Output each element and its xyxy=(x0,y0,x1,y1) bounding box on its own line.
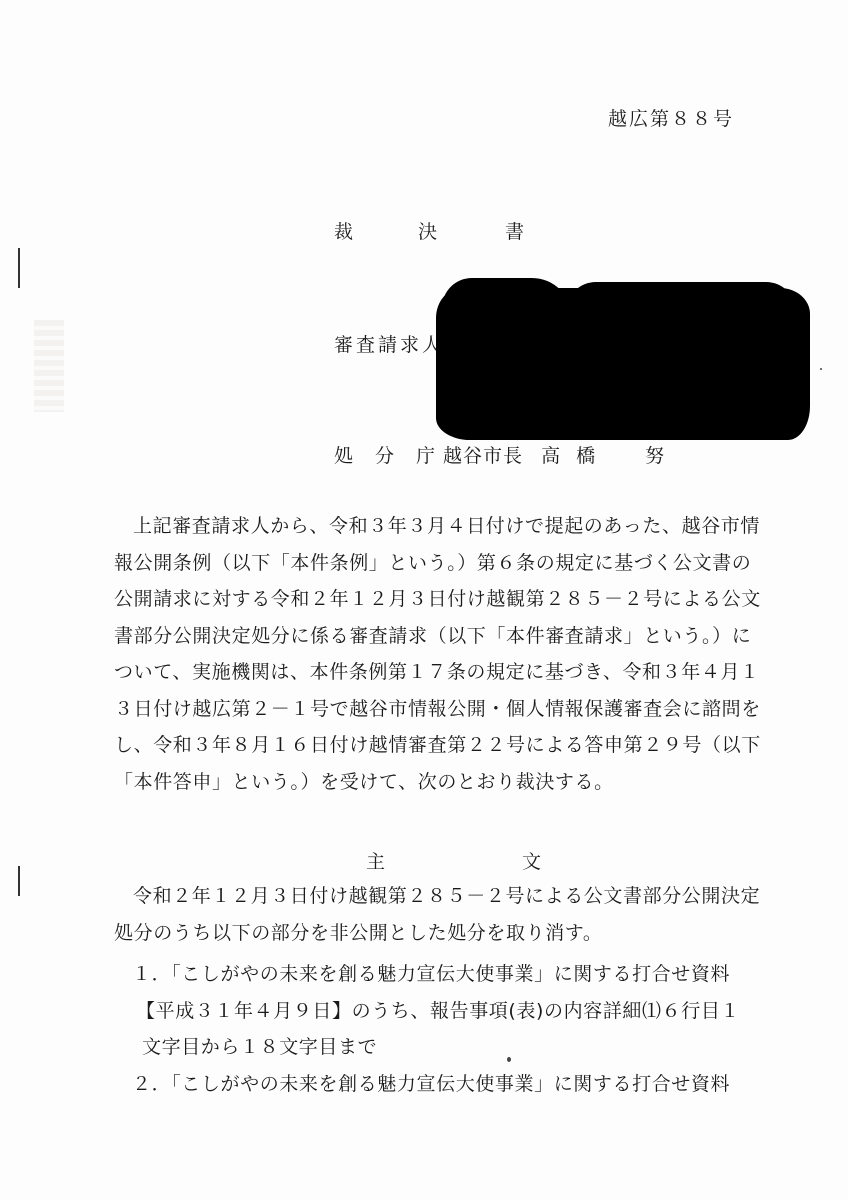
redaction-block xyxy=(436,288,810,440)
authority-label-char: 処 xyxy=(334,441,353,468)
list-item-2-line: ２．「こしがやの未来を創る魅力宣伝大使事業」に関する打合せ資料 xyxy=(132,1066,752,1103)
document-number: 越広第８８号 xyxy=(608,104,734,131)
body-line: 報公開条例（以下「本件条例」という。）第６条の規定に基づく公文書の xyxy=(114,545,744,582)
body-line: 公開請求に対する令和２年１２月３日付け越観第２８５－２号による公文 xyxy=(114,581,744,618)
ruling-items-list: １．「こしがやの未来を創る魅力宣伝大使事業」に関する打合せ資料 【平成３１年４月… xyxy=(132,956,752,1102)
authority-office: 越谷市長 xyxy=(443,441,523,468)
document-title: 裁決書 xyxy=(334,217,526,244)
authority-name-char: 高 xyxy=(541,441,560,468)
faded-stamp-mark xyxy=(34,320,64,412)
authority-label-char: 分 xyxy=(375,441,394,468)
heading-char: 文 xyxy=(522,847,541,874)
body-line: し、令和３年８月１６日付け越情審査第２２号による答申第２９号（以下 xyxy=(114,727,744,764)
authority-label-char: 庁 xyxy=(416,441,435,468)
list-item-1-line: 文字目から１８文字目まで xyxy=(132,1029,752,1066)
body-line: 書部分公開決定処分に係る審査請求（以下「本件審査請求」という。）に xyxy=(114,618,744,655)
scan-speck xyxy=(820,368,822,370)
ruling-paragraph: 令和２年１２月３日付け越観第２８５－２号による公文書部分公開決定 処分のうち以下… xyxy=(114,878,744,951)
title-char: 裁 xyxy=(334,217,355,244)
body-line: ついて、実施機関は、本件条例第１７条の規定に基づき、令和３年４月１ xyxy=(114,654,744,691)
authority-name-char: 努 xyxy=(645,441,664,468)
scan-edge-mark xyxy=(18,866,20,896)
authority-name-char: 橋 xyxy=(576,441,595,468)
scan-edge-mark xyxy=(18,248,20,288)
title-char: 決 xyxy=(418,217,439,244)
requester-label: 審査請求人 xyxy=(334,330,444,357)
main-text-heading: 主文 xyxy=(366,847,541,874)
ruling-line: 処分のうち以下の部分を非公開とした処分を取り消す。 xyxy=(114,915,744,952)
title-char: 書 xyxy=(505,217,526,244)
scanned-document-page: 越広第８８号 裁決書 審査請求人 処分庁越谷市長高橋努 上記審査請求人から、令和… xyxy=(0,0,848,1200)
heading-char: 主 xyxy=(366,847,385,874)
list-item-1-line: １．「こしがやの未来を創る魅力宣伝大使事業」に関する打合せ資料 xyxy=(132,956,752,993)
body-line: 上記審査請求人から、令和３年３月４日付けで提起のあった、越谷市情 xyxy=(114,508,744,545)
body-paragraph: 上記審査請求人から、令和３年３月４日付けで提起のあった、越谷市情 報公開条例（以… xyxy=(114,508,744,800)
body-line: 「本件答申」という。）を受けて、次のとおり裁決する。 xyxy=(114,764,744,801)
disposition-authority: 処分庁越谷市長高橋努 xyxy=(334,441,664,468)
body-line: ３日付け越広第２－１号で越谷市情報公開・個人情報保護審査会に諮問を xyxy=(114,691,744,728)
ruling-line: 令和２年１２月３日付け越観第２８５－２号による公文書部分公開決定 xyxy=(114,878,744,915)
list-item-1-line: 【平成３１年４月９日】のうち、報告事項(表)の内容詳細⑴６行目１ xyxy=(132,993,752,1030)
